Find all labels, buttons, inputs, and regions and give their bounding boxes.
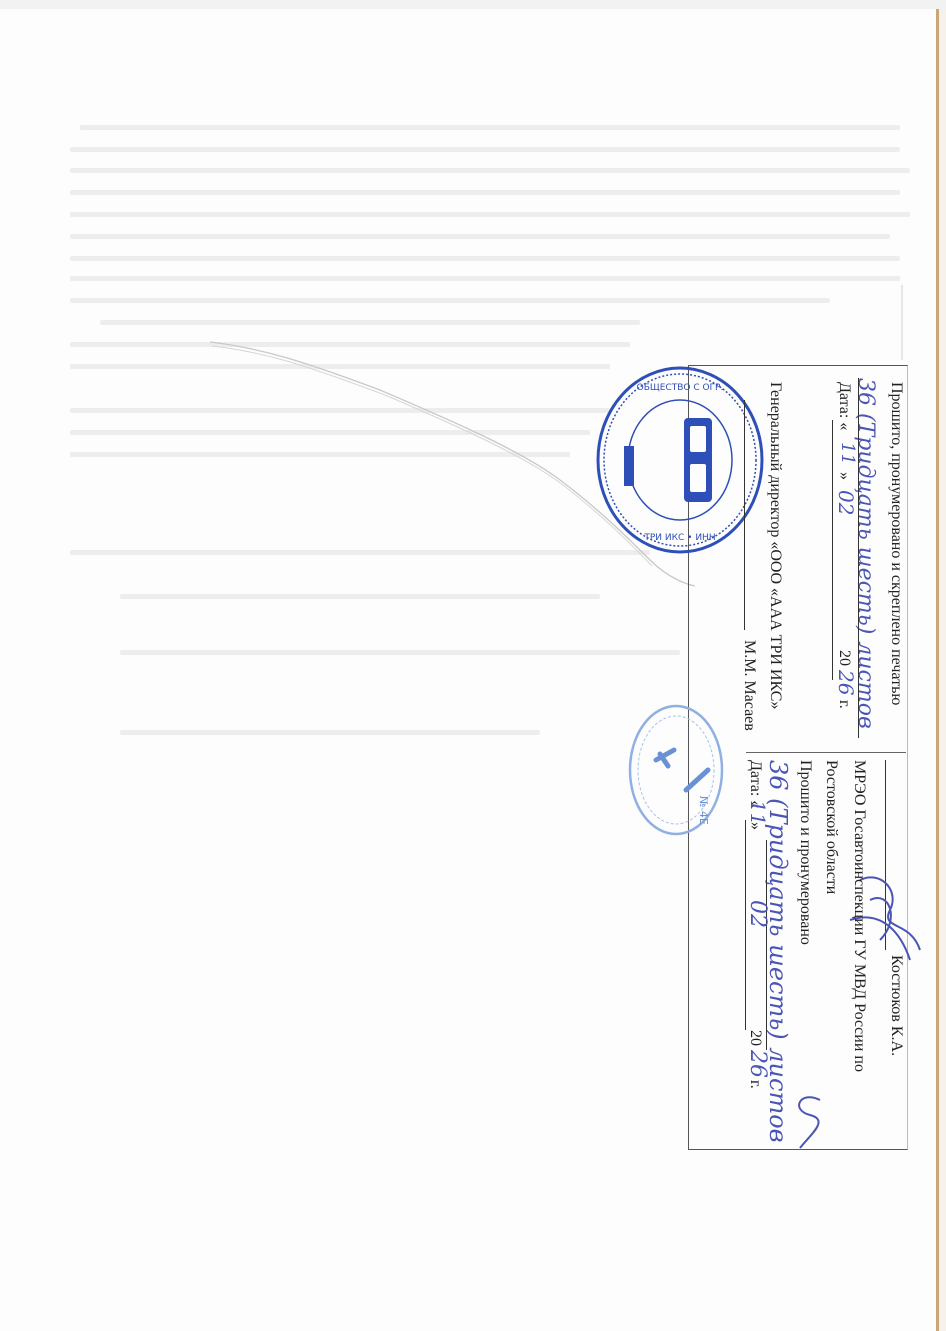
right-date-underline [745,820,746,1030]
left-date-prefix: Дата: « [835,382,853,430]
right-org-line2: Ростовской области [822,760,840,894]
left-date-year-prefix: 20 [835,650,853,666]
svg-text:ТРИ ИКС • ИНН: ТРИ ИКС • ИНН [643,533,715,543]
left-date-mid: » [835,472,853,480]
left-date-year: 26 [834,670,858,695]
left-date-underline [832,420,833,680]
right-date-year-prefix: 20 [746,1030,764,1046]
left-signer-name: М.М. Масаев [740,640,758,731]
left-date-month: 02 [834,490,858,515]
left-signature-line [744,400,745,630]
handwritten-flourish-icon [780,1090,840,1150]
right-signer-name: Костюков К.А. [887,955,905,1056]
right-date-year: 26 [745,1050,770,1078]
right-date-suffix: г. [746,1080,764,1089]
right-heading: Прошито и пронумеровано [796,760,814,945]
right-count-underline [766,840,767,1050]
company-seal-icon: ОБЩЕСТВО С ОГР. ТРИ ИКС • ИНН [594,364,766,556]
right-date-month: 02 [745,900,770,928]
left-signer-title: Генеральный директор «ООО «ААА ТРИ ИКС» [766,382,784,709]
svg-text:№ 4Е: № 4Е [697,796,710,825]
block-divider [746,752,906,753]
police-stamp-icon: № 4Е [626,700,726,840]
right-date-mid: » [746,822,764,830]
left-date-suffix: г. [835,700,853,709]
left-heading: Прошито, пронумеровано и скреплено печат… [887,382,905,705]
left-count-underline [858,378,859,738]
svg-text:ОБЩЕСТВО С ОГР.: ОБЩЕСТВО С ОГР. [637,383,724,393]
left-date-day: 11 [837,442,858,465]
right-org-line1: МРЭО Госавтоинспекции ГУ МВД России по [850,760,868,1072]
